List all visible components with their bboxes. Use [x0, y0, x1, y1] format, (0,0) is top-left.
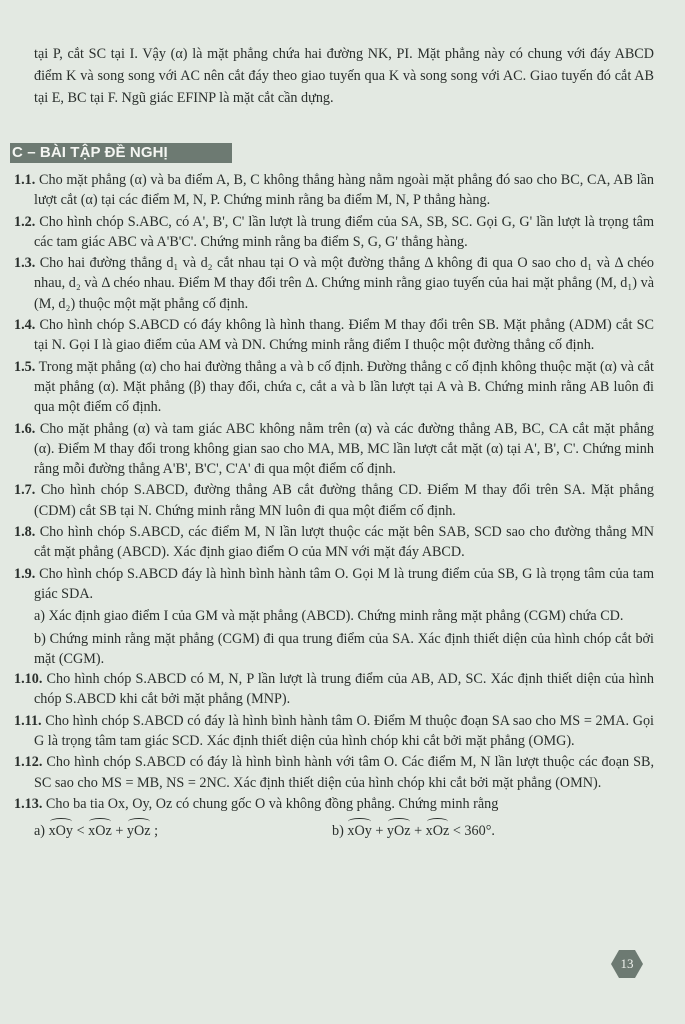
exercise-text: Cho hình chóp S.ABCD có đáy là hình bình…	[34, 754, 654, 790]
exercise-1-9: 1.9. Cho hình chóp S.ABCD đáy là hình bì…	[14, 564, 654, 605]
exercise-number: 1.4.	[14, 317, 35, 333]
exercise-1-9-part-b: b) Chứng minh rằng mặt phẳng (CGM) đi qu…	[14, 629, 654, 670]
exercise-text: Cho mặt phẳng (α) và ba điểm A, B, C khô…	[34, 172, 654, 208]
exercise-text: Cho hình chóp S.ABCD có M, N, P lần lượt…	[34, 671, 654, 707]
exercise-number: 1.13.	[14, 796, 42, 812]
angle-arc: yOz	[127, 820, 151, 842]
exercise-1-8: 1.8. Cho hình chóp S.ABCD, các điểm M, N…	[14, 522, 654, 563]
exercise-1-2: 1.2. Cho hình chóp S.ABC, có A', B', C' …	[14, 212, 654, 253]
angle-arc: xOz	[88, 820, 112, 842]
exercise-number: 1.1.	[14, 172, 35, 188]
section-header: C – BÀI TẬP ĐỀ NGHỊ	[10, 143, 232, 163]
exercise-1-9-part-a: a) Xác định giao điểm I của GM và mặt ph…	[14, 606, 654, 626]
angle-arc: yOz	[387, 820, 411, 842]
exercise-text: Trong mặt phẳng (α) cho hai đường thẳng …	[34, 359, 654, 416]
exercise-1-6: 1.6. Cho mặt phẳng (α) và tam giác ABC k…	[14, 419, 654, 480]
exercise-1-11: 1.11. Cho hình chóp S.ABCD có đáy là hìn…	[14, 711, 654, 752]
exercise-list: 1.1. Cho mặt phẳng (α) và ba điểm A, B, …	[14, 170, 654, 842]
intro-paragraph: tại P, cắt SC tại I. Vậy (α) là mặt phẳn…	[34, 43, 654, 109]
angle-arc: xOy	[347, 820, 371, 842]
exercise-1-1: 1.1. Cho mặt phẳng (α) và ba điểm A, B, …	[14, 170, 654, 211]
exercise-1-7: 1.7. Cho hình chóp S.ABCD, đường thẳng A…	[14, 480, 654, 521]
angle-arc: xOz	[426, 820, 450, 842]
exercise-1-13-parts: a) xOy < xOz + yOz ; b) xOy + yOz + xOz …	[14, 820, 654, 842]
exercise-number: 1.2.	[14, 214, 35, 230]
exercise-1-13: 1.13. Cho ba tia Ox, Oy, Oz có chung gốc…	[14, 794, 654, 814]
exercise-1-13-part-b: b) xOy + yOz + xOz < 360°.	[332, 820, 630, 842]
textbook-page: tại P, cắt SC tại I. Vậy (α) là mặt phẳn…	[0, 0, 685, 1024]
exercise-text: Cho ba tia Ox, Oy, Oz có chung gốc O và …	[46, 796, 498, 812]
angle-arc: xOy	[49, 820, 73, 842]
exercise-text: Cho hình chóp S.ABC, có A', B', C' lần l…	[34, 214, 654, 250]
exercise-text: Cho hình chóp S.ABCD có đáy không là hìn…	[34, 317, 654, 353]
exercise-1-13-part-a: a) xOy < xOz + yOz ;	[34, 820, 332, 842]
exercise-text: Cho hình chóp S.ABCD có đáy là hình bình…	[34, 713, 654, 749]
exercise-text: Cho mặt phẳng (α) và tam giác ABC không …	[34, 421, 654, 478]
exercise-text: Cho hình chóp S.ABCD, đường thẳng AB cắt…	[34, 482, 654, 518]
exercise-number: 1.3.	[14, 255, 35, 271]
exercise-1-3: 1.3. Cho hai đường thẳng d₁ và d₂ cắt nh…	[14, 253, 654, 314]
exercise-text: Cho hình chóp S.ABCD đáy là hình bình hà…	[34, 566, 654, 602]
page-number-badge: 13	[611, 950, 643, 978]
exercise-1-5: 1.5. Trong mặt phẳng (α) cho hai đường t…	[14, 357, 654, 418]
exercise-number: 1.5.	[14, 359, 35, 375]
exercise-text: Cho hai đường thẳng d₁ và d₂ cắt nhau tạ…	[34, 255, 654, 312]
exercise-number: 1.11.	[14, 713, 42, 729]
exercise-number: 1.10.	[14, 671, 42, 687]
exercise-1-12: 1.12. Cho hình chóp S.ABCD có đáy là hìn…	[14, 752, 654, 793]
exercise-number: 1.9.	[14, 566, 35, 582]
exercise-number: 1.8.	[14, 524, 35, 540]
exercise-number: 1.12.	[14, 754, 42, 770]
exercise-number: 1.6.	[14, 421, 35, 437]
exercise-1-10: 1.10. Cho hình chóp S.ABCD có M, N, P lầ…	[14, 669, 654, 710]
exercise-number: 1.7.	[14, 482, 35, 498]
exercise-text: Cho hình chóp S.ABCD, các điểm M, N lần …	[34, 524, 654, 560]
exercise-1-4: 1.4. Cho hình chóp S.ABCD có đáy không l…	[14, 315, 654, 356]
